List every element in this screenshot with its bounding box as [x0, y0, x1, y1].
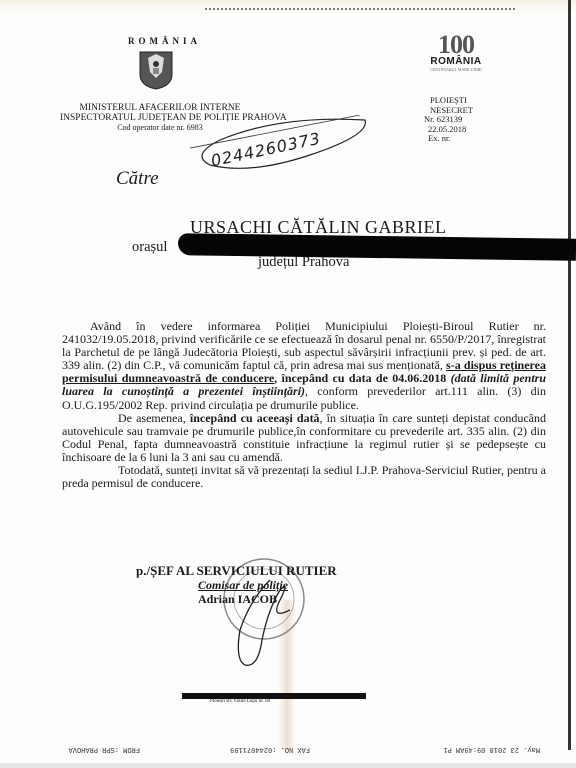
scan-edge — [0, 0, 576, 12]
fax-datetime: May. 23 2018 09:49AM P1 — [443, 745, 540, 753]
to-label: Către — [116, 168, 159, 190]
county-label: județul Prahova — [258, 254, 349, 271]
centenary-label: ROMÂNIA — [412, 56, 500, 67]
document-page: ROMÂNIA MINISTERUL AFACERILOR INTERNE IN… — [0, 0, 576, 768]
country-heading: ROMÂNIA — [128, 36, 201, 46]
paragraph-3: Totodată, sunteți invitat să vă prezenta… — [62, 464, 546, 490]
letter-body: Având în vedere informarea Poliției Muni… — [62, 320, 546, 490]
ministry-name: MINISTERUL AFACERILOR INTERNE — [60, 103, 260, 113]
coat-of-arms-icon — [136, 50, 176, 90]
centenary-logo: 100 ROMÂNIA CENTENARUL MARII UNIRI — [412, 34, 500, 72]
redaction-bar — [178, 233, 576, 261]
scan-edge-right — [568, 0, 571, 750]
scan-artifact-line — [205, 8, 515, 10]
signature-icon — [210, 570, 320, 670]
document-meta: PLOIEȘTI NESECRET Nr. 623139 22.05.2018 … — [424, 96, 473, 144]
fax-from: FROM :SPR PRAHOVA — [69, 745, 140, 753]
paragraph-2: De asemenea, începând cu aceeași dată, î… — [62, 412, 546, 464]
meta-copy: Ex. nr. — [424, 134, 473, 144]
fax-number: FAX NO. :0244071199 — [230, 745, 310, 753]
footer-address: Ploiești str. Vasile Lupu nr. 68 — [210, 699, 270, 704]
paragraph-1: Având în vedere informarea Poliției Muni… — [62, 320, 546, 412]
viewer-bottom-bar — [0, 763, 576, 768]
city-label: orașul — [132, 239, 167, 256]
centenary-number: 100 — [412, 34, 500, 56]
centenary-subtitle: CENTENARUL MARII UNIRI — [412, 67, 500, 72]
